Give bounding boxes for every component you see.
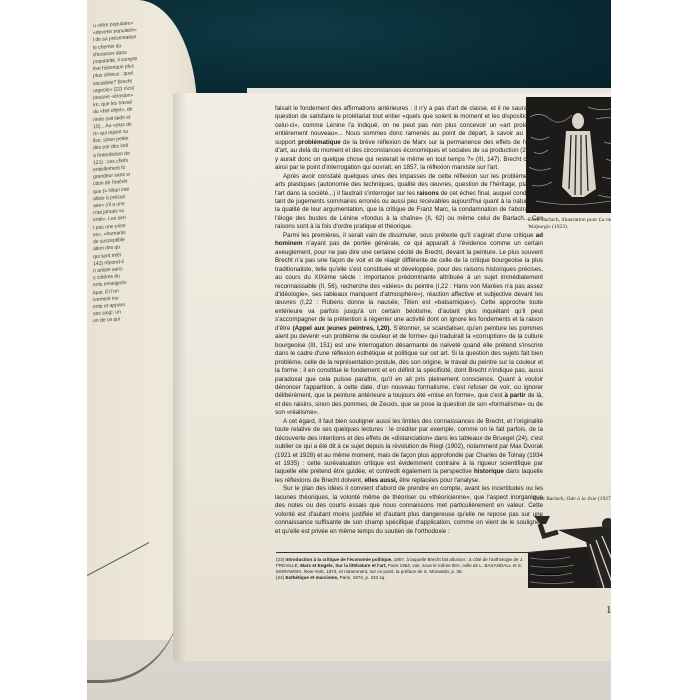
footnote: (24) Esthétique et marxisme, Paris, 1974… bbox=[276, 575, 534, 581]
caption-year: (1923). bbox=[551, 224, 569, 230]
left-page-edge bbox=[87, 590, 182, 683]
woodcut-illustration-ode bbox=[528, 512, 611, 588]
woodcut-illustration-walpurgis bbox=[526, 97, 611, 213]
caption-title: Ode à la Joie bbox=[566, 496, 596, 502]
paragraph: Sur le plan des idées il convient d'abor… bbox=[275, 485, 543, 536]
paragraph: A cet égard, il faut bien souligner auss… bbox=[275, 418, 543, 486]
caption-year: (1927). bbox=[596, 496, 611, 502]
paragraph: Après avoir constaté quelques unes des i… bbox=[275, 173, 543, 232]
woodcut-image bbox=[526, 97, 611, 213]
main-text: faisait le fondement des affirmations an… bbox=[275, 105, 543, 536]
caption-text: Ernst Barlach, illustration pour bbox=[528, 217, 599, 223]
paragraph: Parmi les premières, il serait vain de d… bbox=[275, 232, 543, 418]
footnotes: (23) Introduction à la critique de l'éco… bbox=[276, 557, 534, 581]
figure-caption-2: Ernst Barlach, Ode à la Joie (1927). bbox=[533, 496, 611, 503]
figure-caption-1: Ernst Barlach, illustration pour La nuit… bbox=[528, 217, 611, 231]
footnote: (23) Introduction à la critique de l'éco… bbox=[276, 557, 534, 575]
page-number: 139 bbox=[606, 604, 611, 616]
paragraph: faisait le fondement des affirmations an… bbox=[275, 105, 543, 173]
right-page: faisait le fondement des affirmations an… bbox=[173, 93, 611, 661]
caption-text: Ernst Barlach, bbox=[533, 496, 566, 502]
book-photo: u «être populaire» «devenir populaire» l… bbox=[87, 0, 611, 700]
footnote-divider bbox=[276, 552, 534, 553]
gutter-shadow bbox=[173, 93, 187, 661]
left-page-text: u «être populaire» «devenir populaire» l… bbox=[93, 17, 185, 543]
woodcut-image bbox=[528, 512, 611, 588]
